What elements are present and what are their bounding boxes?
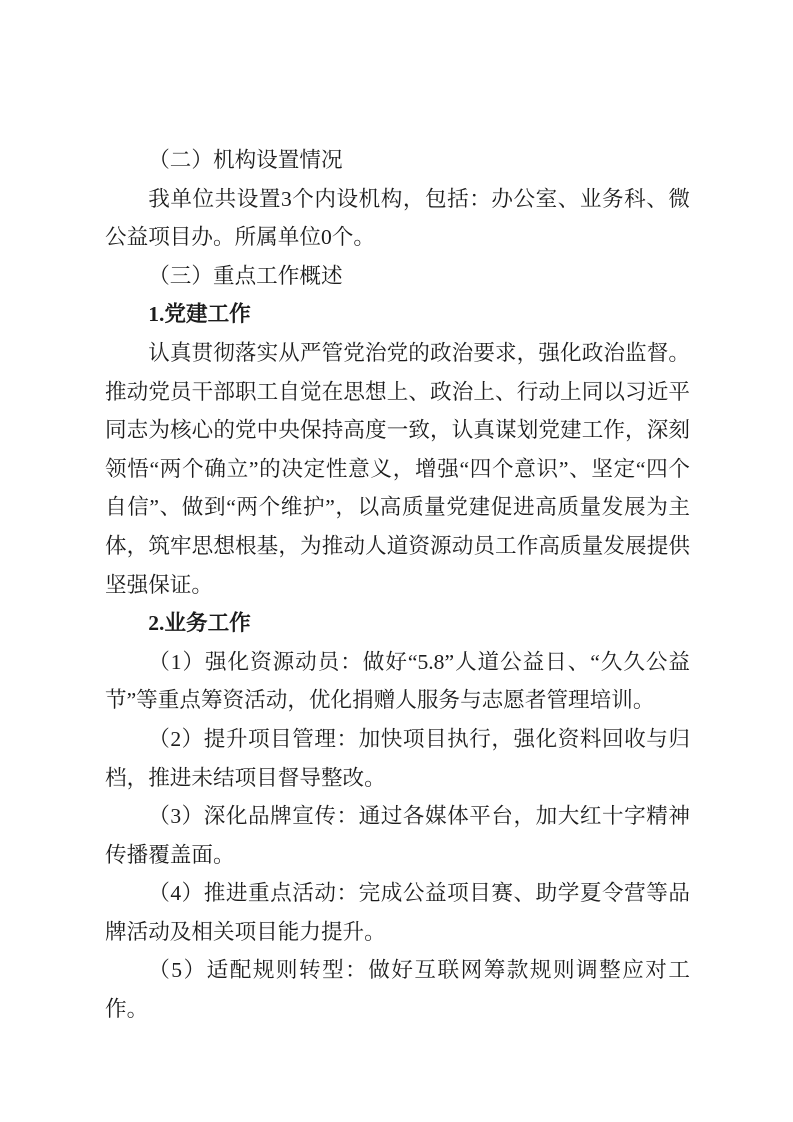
paragraph-business-item-5: （5）适配规则转型：做好互联网筹款规则调整应对工作。 — [105, 951, 690, 1028]
document-page: （二）机构设置情况 我单位共设置3个内设机构，包括：办公室、业务科、微公益项目办… — [0, 0, 793, 1122]
section-heading-org-structure: （二）机构设置情况 — [105, 141, 690, 180]
paragraph-business-item-3: （3）深化品牌宣传：通过各媒体平台，加大红十字精神传播覆盖面。 — [105, 797, 690, 874]
section-heading-key-work-overview: （三）重点工作概述 — [105, 257, 690, 296]
paragraph-business-item-4: （4）推进重点活动：完成公益项目赛、助学夏令营等品牌活动及相关项目能力提升。 — [105, 874, 690, 951]
document-body: （二）机构设置情况 我单位共设置3个内设机构，包括：办公室、业务科、微公益项目办… — [105, 141, 690, 1029]
paragraph-party-building-work: 认真贯彻落实从严管党治党的政治要求，强化政治监督。推动党员干部职工自觉在思想上、… — [105, 334, 690, 604]
paragraph-business-item-1: （1）强化资源动员：做好“5.8”人道公益日、“久久公益节”等重点筹资活动，优化… — [105, 643, 690, 720]
paragraph-org-structure: 我单位共设置3个内设机构，包括：办公室、业务科、微公益项目办。所属单位0个。 — [105, 180, 690, 257]
subheading-party-building-work: 1.党建工作 — [105, 295, 690, 334]
subheading-business-work: 2.业务工作 — [105, 604, 690, 643]
paragraph-business-item-2: （2）提升项目管理：加快项目执行，强化资料回收与归档，推进未结项目督导整改。 — [105, 720, 690, 797]
